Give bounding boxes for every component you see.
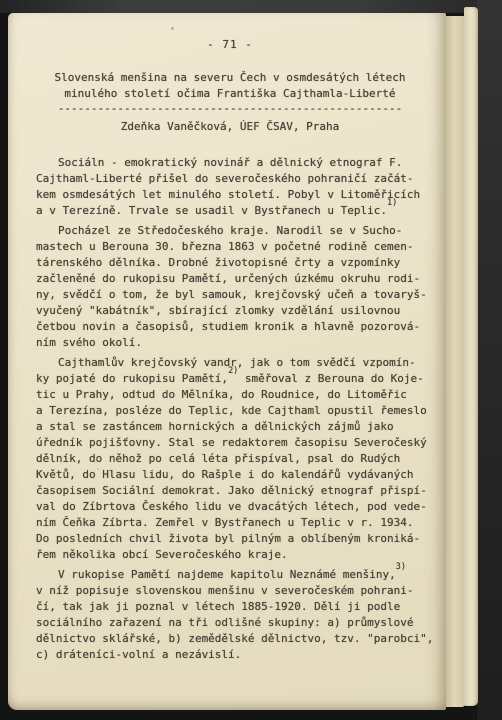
text-line: v níž popisuje slovenskou menšinu v seve… (36, 583, 424, 599)
document-sheet: - 71 - Slovenská menšina na severu Čech … (8, 13, 446, 710)
paragraph: V rukopise Pamětí najdeme kapitolu Nezná… (36, 567, 424, 663)
text-line: začleněné do rukopisu Pamětí, určených ú… (36, 271, 424, 287)
text-line: mastech u Berouna 30. března 1863 v poče… (36, 239, 424, 255)
text-line: úředník pojišťovny. Stal se redaktorem č… (36, 435, 424, 451)
article-title: Slovenská menšina na severu Čech v osmde… (36, 70, 424, 115)
title-line-1: Slovenská menšina na severu Čech v osmde… (36, 70, 424, 86)
text-line: a v Terezíně. Trvale se usadil v Bystřan… (36, 203, 424, 219)
text-line: Sociáln - emokratický novinář a dělnický… (36, 155, 424, 171)
paper-speck (171, 27, 174, 30)
text-line: vyučený "kabátník", sbírající zlomky vzd… (36, 303, 424, 319)
text-line: sociálního zařazení na tři odlišné skupi… (36, 615, 424, 631)
text-line: čí, tak jak ji poznal v létech 1885-1920… (36, 599, 424, 615)
title-underline: ----------------------------------------… (36, 101, 424, 115)
footnote-reference: 2) (228, 366, 238, 376)
paper-speck (333, 586, 335, 588)
title-line-2: minulého století očima Františka Cajtham… (36, 86, 424, 102)
text-line: Do posledních chvil života byl pilným a … (36, 531, 424, 547)
text-line: tic u Prahy, odtud do Mělníka, do Roudni… (36, 387, 424, 403)
text-line: časopisem Sociální demokrat. Jako dělnic… (36, 483, 424, 499)
text-line: Cajthaml-Liberté přišel do severočeského… (36, 171, 424, 187)
text-line: a Terezína, posléze do Teplic, kde Cajth… (36, 403, 424, 419)
text-line: ním svého okolí. (36, 335, 424, 351)
text-line: dělník, do něhož po celá léta přispíval,… (36, 451, 424, 467)
scan-right-border (477, 0, 502, 720)
text-line: c) dráteníci-volní a nezávislí. (36, 647, 424, 663)
text-line: val do Zíbrtova Českého lidu ve dvacátýc… (36, 499, 424, 515)
paper-speck (97, 468, 99, 470)
text-line: kem osmdesátých let minulého století. Po… (36, 187, 424, 203)
text-line: V rukopise Pamětí najdeme kapitolu Nezná… (36, 567, 424, 583)
text-line: dělnictvo sklářské, b) zemědělské dělnic… (36, 631, 424, 647)
paragraph: Sociáln - emokratický novinář a dělnický… (36, 155, 424, 219)
text-line: ním Čeňka Zíbrta. Zemřel v Bystřanech u … (36, 515, 424, 531)
footnote-reference: 3) (396, 562, 406, 572)
paragraph: Pocházel ze Středočeského kraje. Narodil… (36, 223, 424, 351)
text-line: řem několika obcí Severočeského kraje. (36, 547, 424, 563)
text-line: Květů, do Hlasu lidu, do Rašple i do kal… (36, 467, 424, 483)
text-line: a stal se zastáncem hornických a dělnick… (36, 419, 424, 435)
text-line: tárenského dělníka. Drobné životopisné č… (36, 255, 424, 271)
scan-top-border (0, 0, 502, 13)
text-line: četbou novin a časopisů, studiem kronik … (36, 319, 424, 335)
book-page-edge-outer (464, 7, 478, 706)
book-page-edge-inner (446, 16, 465, 707)
text-line: ky pojaté do rukopisu Pamětí,2) směřoval… (36, 371, 424, 387)
text-line: ny, svědčí o tom, že byl samouk, krejčov… (36, 287, 424, 303)
footnote-reference: 1) (387, 198, 397, 208)
paragraph: Cajthamlův krejčovský vandr, jak o tom s… (36, 355, 424, 563)
author-line: Zdeňka Vaněčková, ÚEF ČSAV, Praha (36, 119, 424, 135)
text-line: Pocházel ze Středočeského kraje. Narodil… (36, 223, 424, 239)
body-paragraphs: Sociáln - emokratický novinář a dělnický… (36, 155, 424, 663)
page-number: - 71 - (36, 37, 424, 53)
